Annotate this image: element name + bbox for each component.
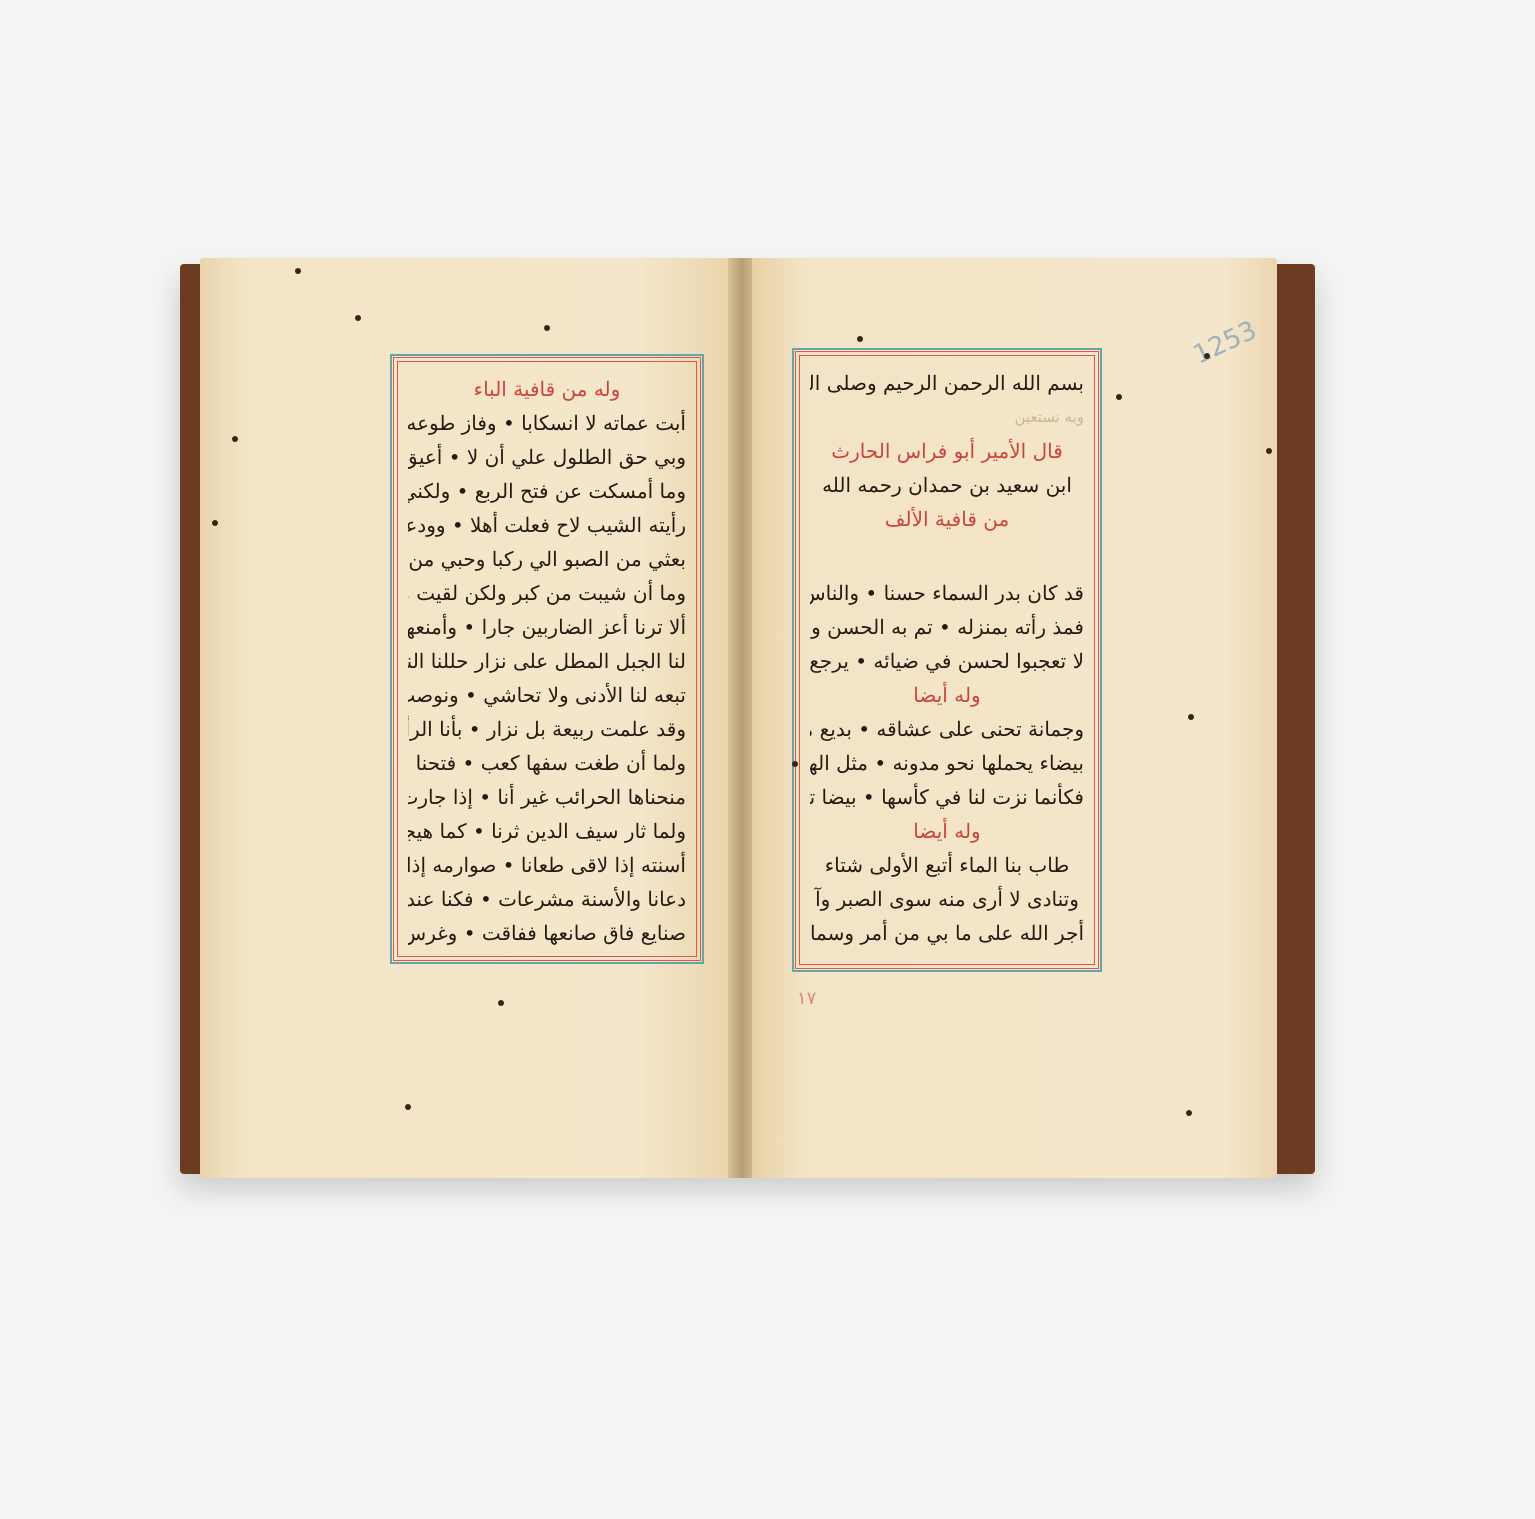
- left-text-frame: ولە من قافية الباء أبت عماته لا انسكابا …: [390, 354, 704, 964]
- left-page: ولە من قافية الباء أبت عماته لا انسكابا …: [200, 258, 748, 1178]
- section-heading: وله أيضا: [810, 678, 1084, 712]
- pencil-inventory-note: 1253: [1189, 315, 1262, 370]
- open-manuscript: ولە من قافية الباء أبت عماته لا انسكابا …: [180, 258, 1315, 1478]
- title-line: ابن سعيد بن حمدان رحمه الله: [810, 468, 1084, 502]
- verse-line: وجمانة تحنى على عشاقه • بديع ما فيه على …: [810, 712, 1084, 746]
- wormhole: [1204, 353, 1210, 359]
- wormhole: [355, 315, 361, 321]
- folio-mark: ١٧: [797, 988, 816, 1009]
- wormhole: [1266, 448, 1272, 454]
- verse-line: فمذ رأته بمنزله • تم به الحسن والبهاء: [810, 610, 1084, 644]
- verse-line: وما أمسكت عن فتح الربع • ولكني صاحبه بلا…: [408, 474, 686, 508]
- wormhole: [295, 268, 301, 274]
- wormhole: [792, 761, 798, 767]
- verse-line: قد كان بدر السماء حسنا • والناس في حبه س…: [810, 576, 1084, 610]
- wormhole: [212, 520, 218, 526]
- basmala: بسم الله الرحمن الرحيم وصلى الله على سيد…: [810, 366, 1084, 400]
- right-text-frame: بسم الله الرحمن الرحيم وصلى الله على سيد…: [792, 348, 1102, 972]
- verse-line: وتنادى لا أرى منه سوى الصبر وآ: [810, 882, 1084, 916]
- wormhole: [1116, 394, 1122, 400]
- verse-line: ولما ثار سيف الدين ثرنا • كما هيجت آساد …: [408, 814, 686, 848]
- verse-line: تبعه لنا الأدنى ولا تحاشي • ونوصب بالجبل…: [408, 678, 686, 712]
- wormhole: [1186, 1110, 1192, 1116]
- verse-line: وبي حق الطلول علي أن لا • أعيق من الدموع…: [408, 440, 686, 474]
- verse-line: ولما أن طغت سفها كعب • فتحنا بيننا للحرب…: [408, 746, 686, 780]
- title-line: من قافية الألف: [810, 502, 1084, 536]
- wormhole: [498, 1000, 504, 1006]
- verse-line: بعثي من الصبو الي ركبا وحبي من الفؤوده ر…: [408, 542, 686, 576]
- left-heading: ولە من قافية الباء: [408, 372, 686, 406]
- verse-line: صنايع فاق صانعها ففاقت • وغرس طاب غارسه …: [408, 916, 686, 950]
- title-line: قال الأمير أبو فراس الحارث: [810, 434, 1084, 468]
- verse-line: دعانا والأسنة مشرعات • فكنا عند دعوته ال…: [408, 882, 686, 916]
- right-page: بسم الله الرحمن الرحيم وصلى الله على سيد…: [752, 258, 1277, 1178]
- verse-line: أجر الله على ما بي من أمر وسماء: [810, 916, 1084, 950]
- verse-line: لا تعجبوا لحسن في ضيائه • يرجع في الخلق …: [810, 644, 1084, 678]
- verse-line: وما أن شيبت من كبر ولكن لقيت من الأحبة م…: [408, 576, 686, 610]
- verse-line: فكأنما نزت لنا في كأسها • بيضا تحت غلالة…: [810, 780, 1084, 814]
- wormhole: [1188, 714, 1194, 720]
- verse-line: رأيته الشيب لاح فعلت أهلا • وودعت الغواي…: [408, 508, 686, 542]
- verse-line: بيضاء يحملها نحو مدونه • مثل الهلال مزجه…: [810, 746, 1084, 780]
- verse-line: منحناها الحرائب غير أنا • إذا جارت منحنا…: [408, 780, 686, 814]
- wormhole: [857, 336, 863, 342]
- verse-line: لنا الجبل المطل على نزار حللنا النجد منه…: [408, 644, 686, 678]
- wormhole: [405, 1104, 411, 1110]
- verse-line: أسنته إذا لاقى طعانا • صوارمه إذا لاقى ض…: [408, 848, 686, 882]
- verse-line: ألا ترنا أعز الضاربين جارا • وأمنعهم وأم…: [408, 610, 686, 644]
- wormhole: [544, 325, 550, 331]
- verse-line: أبت عماته لا انسكابا • وفاز طوعه لا الته…: [408, 406, 686, 440]
- verse-line: وقد علمت ربيعة بل نزار • بأنا الرأس والن…: [408, 712, 686, 746]
- section-heading: وله أيضا: [810, 814, 1084, 848]
- wormhole: [232, 436, 238, 442]
- verse-line: طاب بنا الماء أتبع الأولى شتاء: [810, 848, 1084, 882]
- faint-line: وبه نستعين: [810, 400, 1084, 434]
